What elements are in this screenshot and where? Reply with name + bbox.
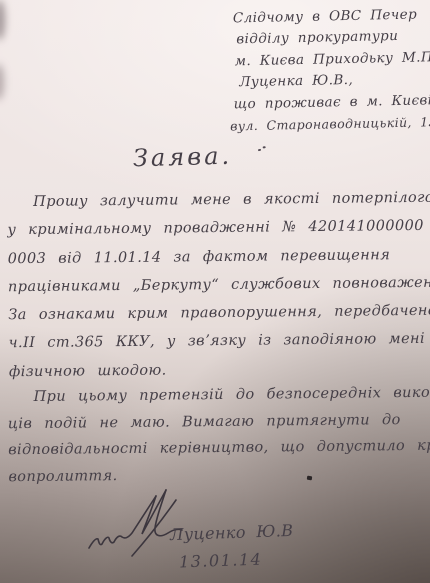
addressee-line: м. Києва Приходьку М.П. [235,46,430,72]
body-line: За ознаками крим правопорушення, передба… [8,297,430,330]
signature-name: Луценко Ю.В [170,521,294,544]
body-line: працівниками „Беркуту“ службових повнова… [8,269,430,302]
body-line: ч.ІІ ст.365 ККУ, у звʼязку із заподіяною… [8,325,430,358]
stray-ink-mark [258,149,261,151]
addressee-line: вул. Старонаводницькій, 13/15 [230,111,430,137]
addressee-block: Слідчому в ОВС Печер відділу прокуратури… [233,4,430,137]
signature-date: 13.01.14 [179,550,263,572]
photo-edge-smudge [0,64,4,100]
body-line: Прошу залучити мене в якості потерпілого [7,184,430,217]
body-paragraph-2: При цьому претензій до безпосередніх вик… [7,380,430,491]
body-line: 0003 від 11.01.14 за фактом перевищення [8,240,430,273]
body-paragraph-1: Прошу залучити мене в якості потерпілого… [7,184,430,387]
ink-speck [307,476,313,481]
document-title: Заява. [133,142,233,173]
body-line: При цьому претензій до безпосередніх вик… [7,380,430,411]
document-photo: Слідчому в ОВС Печер відділу прокуратури… [0,0,430,583]
body-line: у кримінальному провадженні № 4201410000… [7,212,430,245]
addressee-line: Слідчому в ОВС Печер [233,4,430,30]
body-line: вопролиття. [8,460,430,491]
photo-edge-smudge [0,0,5,40]
body-line: відповідальності керівництво, що допусти… [8,433,430,464]
